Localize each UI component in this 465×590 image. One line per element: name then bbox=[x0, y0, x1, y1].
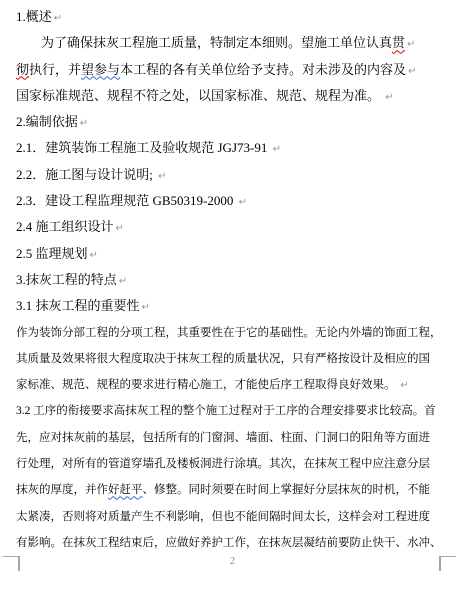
text-line: 2.4 施工组织设计↵ bbox=[16, 214, 456, 240]
text-run: 2.4 施工组织设计 bbox=[16, 219, 114, 234]
page-number: 2 bbox=[0, 556, 465, 567]
text-line: 作为装饰分部工程的分项工程，其重要性在于它的基础性。无论内外墙的饰面工程， bbox=[16, 320, 456, 346]
text-line: 2.5 监理规划↵ bbox=[16, 241, 456, 267]
document-body[interactable]: 1.概述↵为了确保抹灰工程施工质量，特制定本细则。望施工单位认真贯↵彻执行，并望… bbox=[16, 4, 456, 556]
text-line: 1.概述↵ bbox=[16, 4, 456, 30]
text-run: 行处理，对所有的管道穿墙孔及楼板洞进行涂填。其次，在抹灰工程中应注意分层 bbox=[16, 458, 430, 470]
text-run: 2.3．建设工程监理规范 GB50319-2000 bbox=[16, 193, 237, 208]
text-line: 有影响。在抹灰工程结束后，应做好养护工作，在抹灰层凝结前要防止快干、水冲、 bbox=[16, 530, 456, 556]
paragraph-mark-icon: ↵ bbox=[383, 92, 393, 103]
text-run: 抹灰的厚度，并作 bbox=[16, 484, 108, 496]
text-line: 家标准、规范、规程的要求进行精心施工，才能使后序工程取得良好效果。 ↵ bbox=[16, 372, 456, 398]
text-run: 作为装饰分部工程的分项工程，其重要性在于它的基础性。无论内外墙的饰面工程， bbox=[16, 327, 442, 339]
spellcheck-underlined-text: 贯 bbox=[392, 35, 405, 50]
text-line: 先，应对抹灰前的基层，包括所有的门窗洞、墙面、柱面、门洞口的阳角等方面进 bbox=[16, 425, 456, 451]
paragraph-mark-icon: ↵ bbox=[237, 197, 247, 208]
paragraph-mark-icon: ↵ bbox=[88, 250, 98, 261]
text-line: 抹灰的厚度，并作好赶平、修整。同时须要在时间上掌握好分层抹灰的时机，不能 bbox=[16, 477, 456, 503]
text-run: 有影响。在抹灰工程结束后，应做好养护工作，在抹灰层凝结前要防止快干、水冲、 bbox=[16, 537, 442, 549]
text-run: 本工程的各有关单位给予支持。对未涉及的内容及 bbox=[120, 62, 406, 77]
grammar-underlined-text: 好赶平 bbox=[108, 484, 143, 496]
paragraph-mark-icon: ↵ bbox=[156, 171, 166, 182]
paragraph-mark-icon: ↵ bbox=[398, 380, 408, 391]
text-run: 2.5 监理规划 bbox=[16, 246, 88, 261]
text-run: 先，应对抹灰前的基层，包括所有的门窗洞、墙面、柱面、门洞口的阳角等方面进 bbox=[16, 432, 430, 444]
text-line: 彻执行，并望参与本工程的各有关单位给予支持。对未涉及的内容及↵ bbox=[16, 57, 456, 83]
paragraph-mark-icon: ↵ bbox=[117, 276, 127, 287]
paragraph-mark-icon: ↵ bbox=[140, 302, 150, 313]
paragraph-mark-icon: ↵ bbox=[271, 144, 281, 155]
grammar-underlined-text: 望参与 bbox=[81, 62, 120, 77]
text-run: 2.编制依据 bbox=[16, 114, 78, 129]
paragraph-mark-icon: ↵ bbox=[405, 39, 415, 50]
text-line: 为了确保抹灰工程施工质量，特制定本细则。望施工单位认真贯↵ bbox=[16, 30, 456, 56]
spellcheck-underlined-text: 彻 bbox=[16, 62, 29, 77]
text-run: 2.2．施工图与设计说明; bbox=[16, 167, 156, 182]
text-line: 2.2．施工图与设计说明; ↵ bbox=[16, 162, 456, 188]
text-line: 国家标准规范、规程不符之处，以国家标准、规范、规程为准。 ↵ bbox=[16, 83, 456, 109]
text-run: 太紧凑，否则将对质量产生不利影响，但也不能间隔时间太长，这样会对工程进度 bbox=[16, 511, 430, 523]
text-line: 2.3．建设工程监理规范 GB50319-2000 ↵ bbox=[16, 188, 456, 214]
text-run: 为了确保抹灰工程施工质量，特制定本细则。望施工单位认真 bbox=[41, 35, 392, 50]
text-line: 2.编制依据↵ bbox=[16, 109, 456, 135]
text-run: 国家标准规范、规程不符之处，以国家标准、规范、规程为准。 bbox=[16, 88, 383, 103]
text-run: 2.1．建筑装饰工程施工及验收规范 JGJ73-91 bbox=[16, 140, 271, 155]
text-run: 执行，并 bbox=[29, 62, 81, 77]
paragraph-mark-icon: ↵ bbox=[78, 118, 88, 129]
text-run: 3.2 工序的衔接要求高抹灰工程的整个施工过程对于工序的合理安排要求比较高。首 bbox=[16, 405, 436, 417]
text-line: 3.2 工序的衔接要求高抹灰工程的整个施工过程对于工序的合理安排要求比较高。首 bbox=[16, 398, 456, 424]
text-line: 3.抹灰工程的特点↵ bbox=[16, 267, 456, 293]
text-line: 太紧凑，否则将对质量产生不利影响，但也不能间隔时间太长，这样会对工程进度 bbox=[16, 504, 456, 530]
text-line: 3.1 抹灰工程的重要性↵ bbox=[16, 293, 456, 319]
text-run: 其质量及效果将很大程度取决于抹灰工程的质量状况，只有严格按设计及相应的国 bbox=[16, 353, 430, 365]
document-page: 1.概述↵为了确保抹灰工程施工质量，特制定本细则。望施工单位认真贯↵彻执行，并望… bbox=[0, 0, 465, 590]
paragraph-mark-icon: ↵ bbox=[114, 223, 124, 234]
text-run: 、修整。同时须要在时间上掌握好分层抹灰的时机，不能 bbox=[143, 484, 431, 496]
paragraph-mark-icon: ↵ bbox=[406, 66, 416, 77]
text-run: 3.1 抹灰工程的重要性 bbox=[16, 298, 140, 313]
paragraph-mark-icon: ↵ bbox=[52, 13, 62, 24]
text-run: 3.抹灰工程的特点 bbox=[16, 272, 117, 287]
text-line: 行处理，对所有的管道穿墙孔及楼板洞进行涂填。其次，在抹灰工程中应注意分层 bbox=[16, 451, 456, 477]
text-run: 家标准、规范、规程的要求进行精心施工，才能使后序工程取得良好效果。 bbox=[16, 379, 398, 391]
text-line: 其质量及效果将很大程度取决于抹灰工程的质量状况，只有严格按设计及相应的国 bbox=[16, 346, 456, 372]
text-run: 1.概述 bbox=[16, 9, 52, 24]
text-line: 2.1．建筑装饰工程施工及验收规范 JGJ73-91 ↵ bbox=[16, 135, 456, 161]
